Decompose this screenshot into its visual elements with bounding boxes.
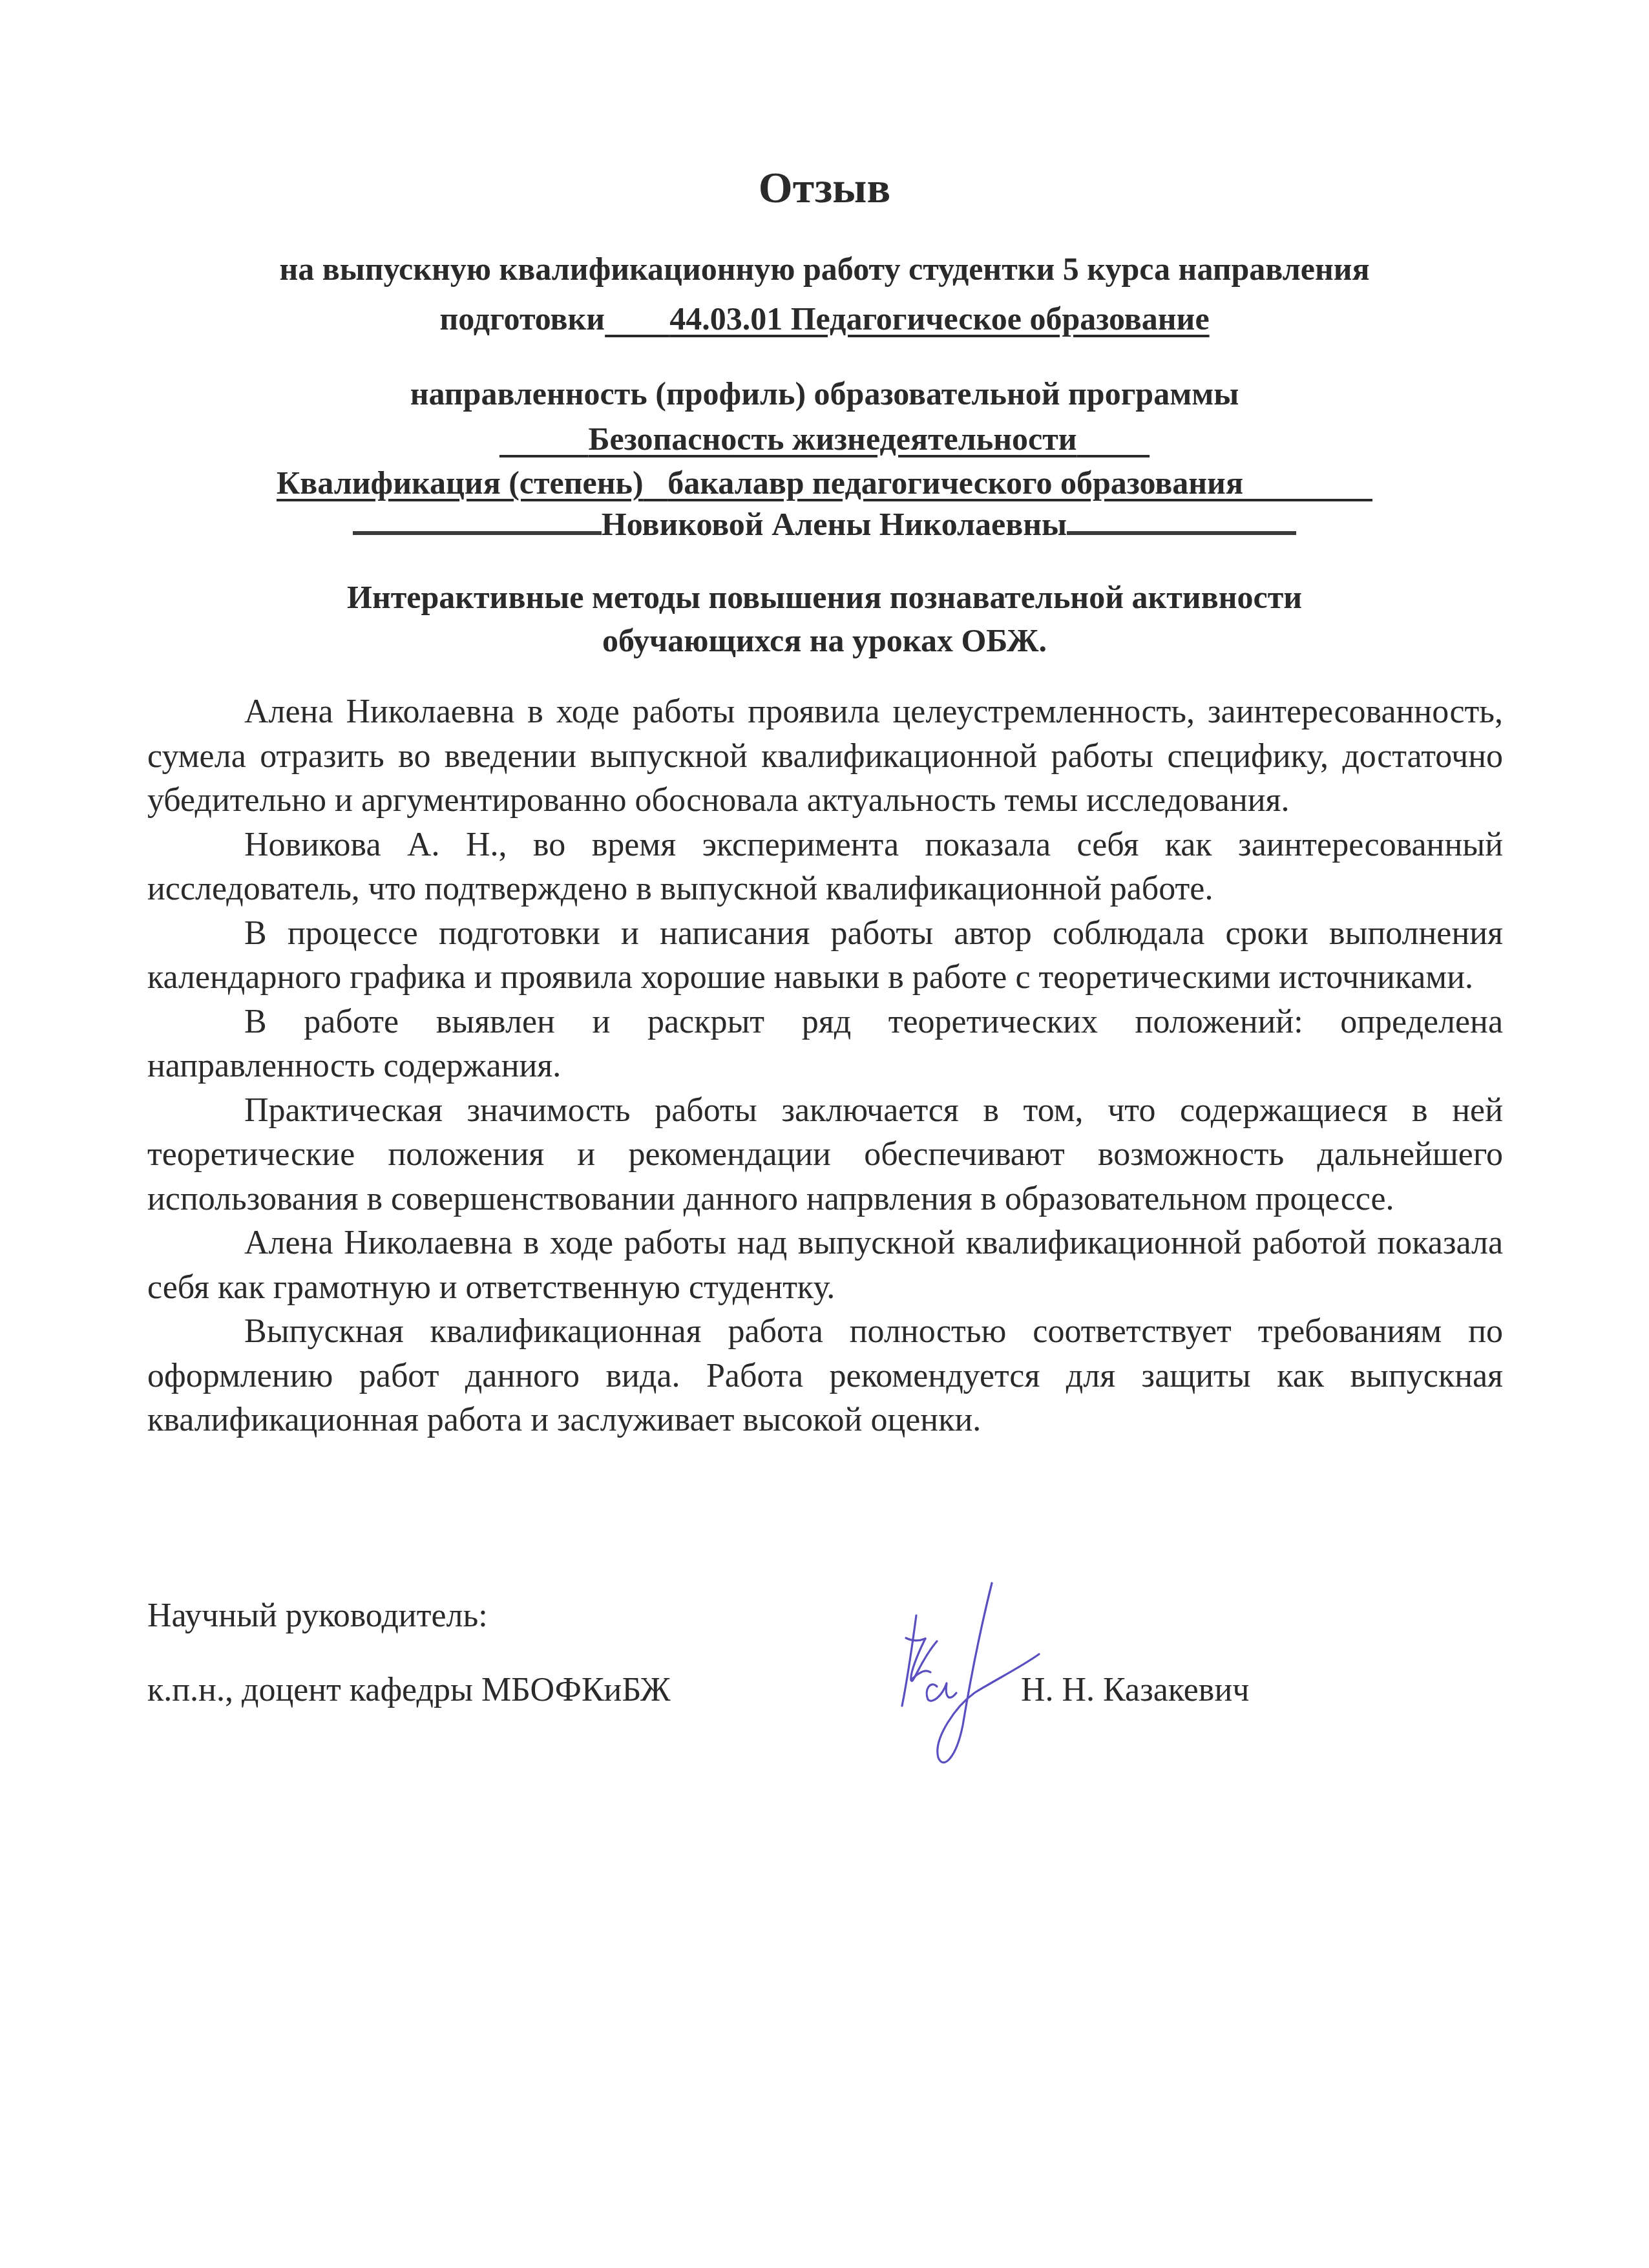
subtitle-line-1: на выпускную квалификационную работу сту…	[0, 249, 1649, 289]
paragraph-3: В процессе подготовки и написания работы…	[147, 912, 1503, 1000]
direction-label: подготовки	[439, 300, 605, 337]
profile-value: Безопасность жизнедеятельности	[0, 419, 1649, 459]
paragraph-1: Алена Николаевна в ходе работы проявила …	[147, 690, 1503, 823]
student-name-line: Новиковой Алены Николаевны	[0, 504, 1649, 544]
qualification-value: бакалавр педагогического образования	[667, 465, 1243, 501]
subtitle-line-2: подготовки 44.03.01 Педагогическое образ…	[0, 299, 1649, 339]
paragraph-6: Алена Николаевна в ходе работы над выпус…	[147, 1221, 1503, 1310]
thesis-title-line-1: Интерактивные методы повышения познавате…	[0, 577, 1649, 617]
student-name: Новиковой Алены Николаевны	[602, 506, 1067, 542]
supervisor-role: Научный руководитель:	[147, 1596, 488, 1636]
paragraph-7: Выпускная квалификационная работа полнос…	[147, 1310, 1503, 1443]
paragraph-5: Практическая значимость работы заключает…	[147, 1089, 1503, 1222]
review-body: Алена Николаевна в ходе работы проявила …	[147, 690, 1503, 1443]
profile-label: направленность (профиль) образовательной…	[0, 373, 1649, 414]
paragraph-4: В работе выявлен и раскрыт ряд теоретиче…	[147, 1000, 1503, 1089]
handwritten-signature-icon	[866, 1577, 1086, 1770]
profile-value-text: Безопасность жизнедеятельности	[588, 421, 1077, 457]
document-title: Отзыв	[0, 162, 1649, 213]
review-document-page: Отзыв на выпускную квалификационную рабо…	[0, 0, 1649, 2268]
blank-line-left	[353, 526, 602, 535]
qualification-label: Квалификация (степень)	[277, 465, 644, 501]
supervisor-position: к.п.н., доцент кафедры МБОФКиБЖ	[147, 1670, 671, 1710]
paragraph-2: Новикова А. Н., во время эксперимента по…	[147, 823, 1503, 912]
qualification-line: Квалификация (степень) бакалавр педагоги…	[0, 463, 1649, 503]
thesis-title-line-2: обучающихся на уроках ОБЖ.	[0, 620, 1649, 660]
direction-value: 44.03.01 Педагогическое образование	[605, 300, 1209, 337]
blank-line-right	[1067, 526, 1296, 535]
